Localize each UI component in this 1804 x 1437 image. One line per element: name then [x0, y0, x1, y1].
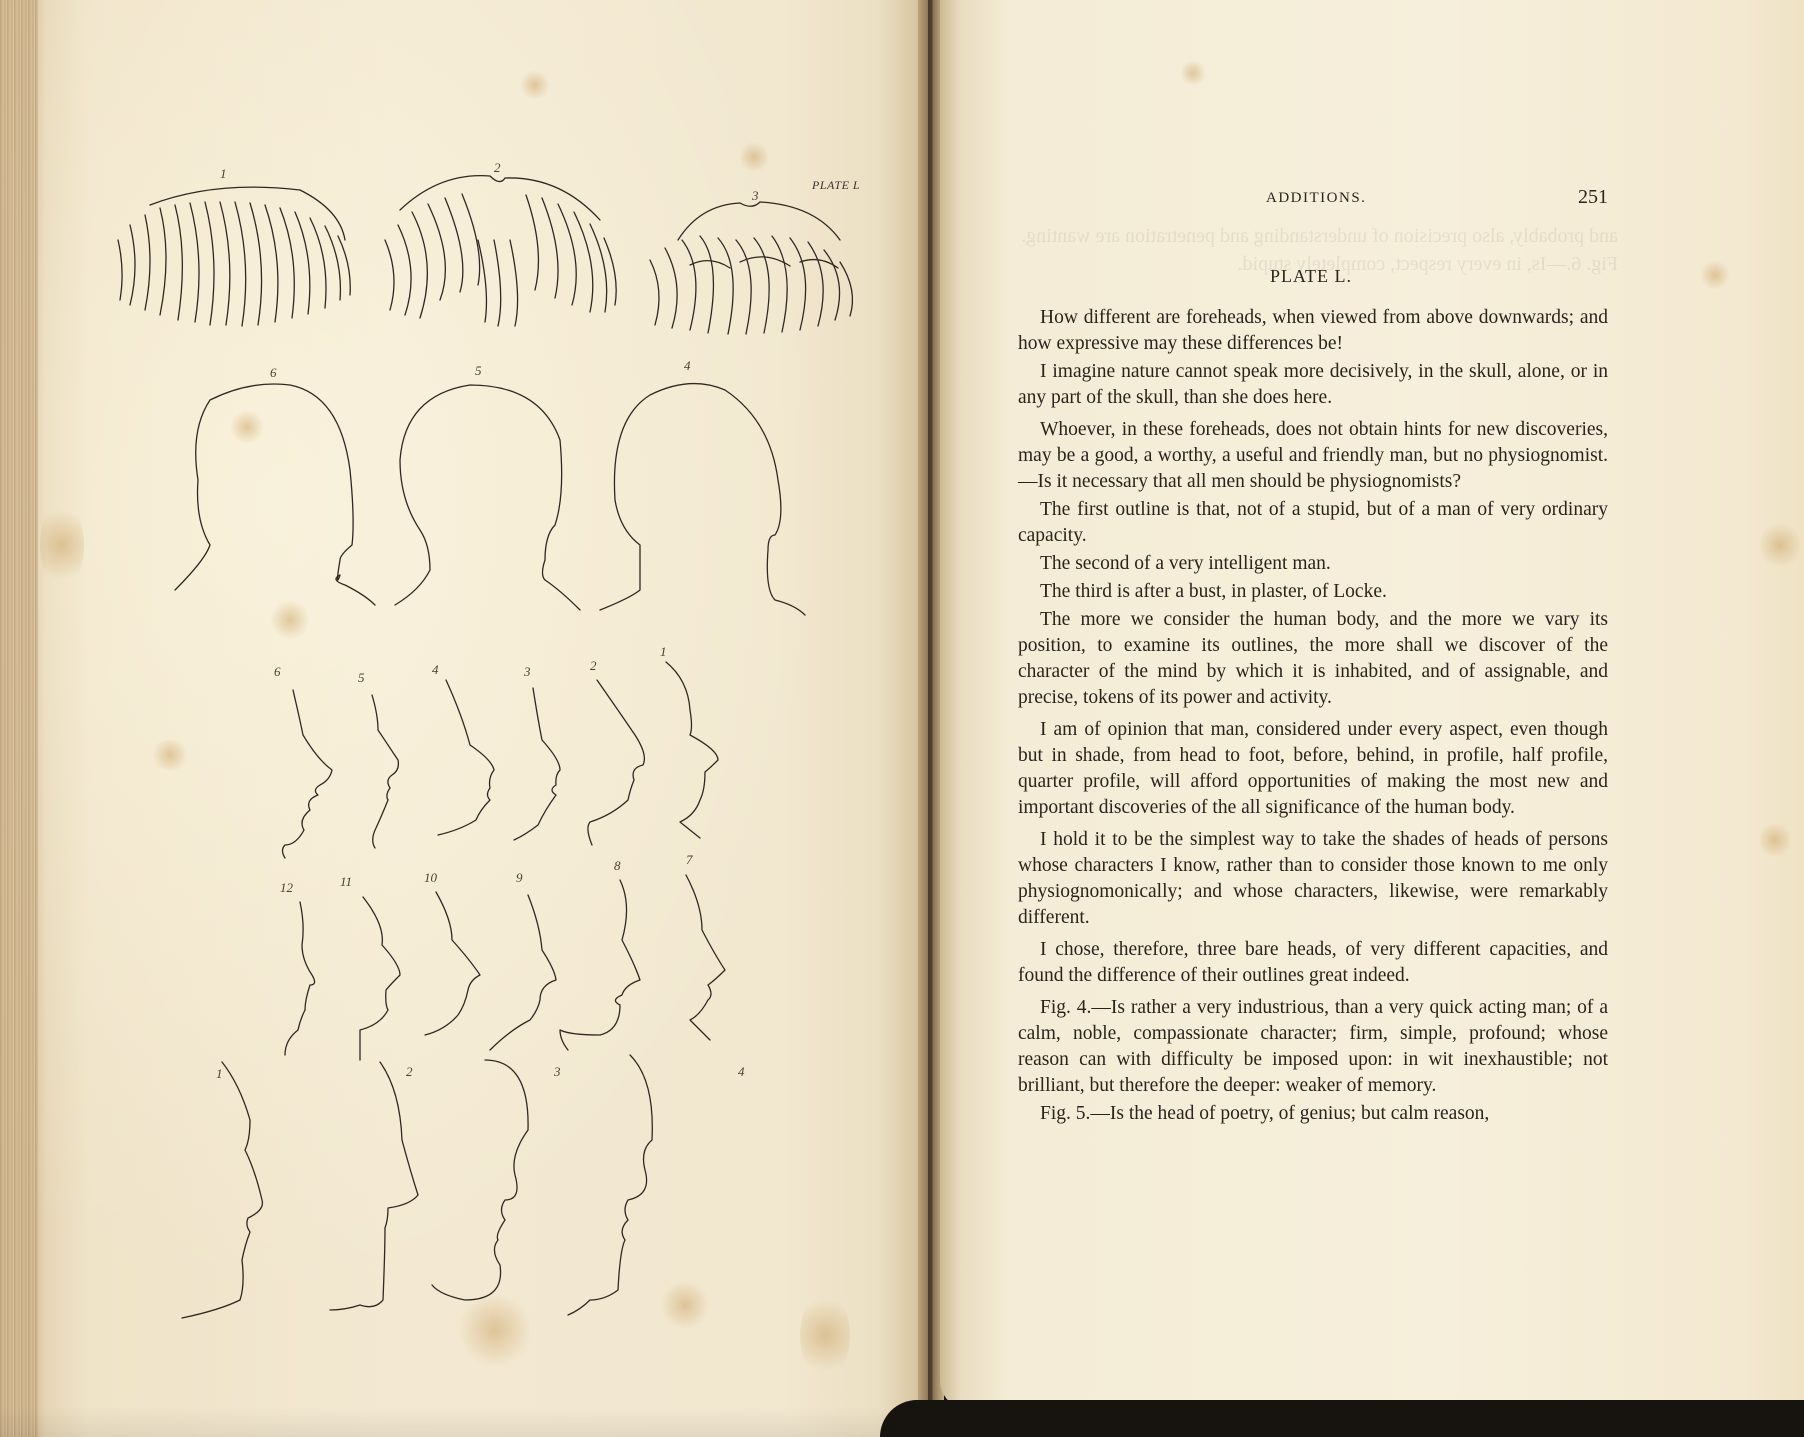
section-title: PLATE L. — [1270, 266, 1352, 287]
paragraph: I imagine nature cannot speak more decis… — [1018, 359, 1608, 411]
spine-crease — [928, 0, 930, 1437]
crown-figure-3 — [650, 202, 852, 334]
plate-illustrations — [0, 0, 930, 1437]
profile-4 — [438, 680, 494, 835]
profile-5 — [372, 695, 398, 848]
profile-10 — [425, 892, 480, 1035]
page-number: 251 — [1578, 186, 1608, 209]
bust-outline-4 — [600, 384, 805, 615]
profile-3 — [514, 688, 560, 840]
paragraph: Fig. 5.—Is the head of poetry, of genius… — [1018, 1101, 1608, 1127]
paragraph: I am of opinion that man, considered und… — [1018, 717, 1608, 821]
paragraph: How different are foreheads, when viewed… — [1018, 305, 1608, 357]
paragraph: The first outline is that, not of a stup… — [1018, 497, 1608, 549]
plate-page: PLATE L 1 2 3 6 5 4 6 5 4 3 2 1 12 11 10… — [0, 0, 930, 1437]
book-spread: PLATE L 1 2 3 6 5 4 6 5 4 3 2 1 12 11 10… — [0, 0, 1804, 1437]
bust-outline-5 — [395, 385, 580, 610]
body-text: How different are foreheads, when viewed… — [1018, 305, 1608, 1129]
profile-12 — [285, 902, 315, 1055]
profile-11 — [360, 897, 400, 1060]
profile-1 — [666, 662, 718, 838]
paragraph: Whoever, in these foreheads, does not ob… — [1018, 417, 1608, 495]
foxing-stain — [1180, 60, 1206, 86]
paragraph: I chose, therefore, three bare heads, of… — [1018, 937, 1608, 989]
large-profile-1 — [182, 1062, 262, 1318]
book-shadow — [880, 1400, 1804, 1437]
paragraph: The third is after a bust, in plaster, o… — [1018, 579, 1608, 605]
running-head: ADDITIONS. — [1266, 190, 1366, 207]
large-profile-3 — [432, 1060, 528, 1300]
large-profile-2 — [330, 1062, 418, 1310]
crown-figure-1 — [118, 187, 350, 326]
paragraph: Fig. 4.—Is rather a very industrious, th… — [1018, 995, 1608, 1099]
large-profile-4 — [568, 1055, 652, 1315]
bust-outline-6 — [175, 384, 375, 605]
profile-6 — [283, 690, 333, 858]
paragraph: The more we consider the human body, and… — [1018, 607, 1608, 711]
foxing-stain — [1700, 260, 1730, 290]
foxing-stain — [1760, 820, 1790, 860]
paragraph: I hold it to be the simplest way to take… — [1018, 827, 1608, 931]
foxing-stain — [1760, 520, 1800, 570]
profile-7 — [686, 875, 725, 1040]
crown-figure-2 — [385, 176, 616, 326]
profile-8 — [560, 880, 640, 1050]
profile-9 — [490, 895, 556, 1050]
paragraph: The second of a very intelligent man. — [1018, 551, 1608, 577]
profile-2 — [588, 680, 644, 845]
